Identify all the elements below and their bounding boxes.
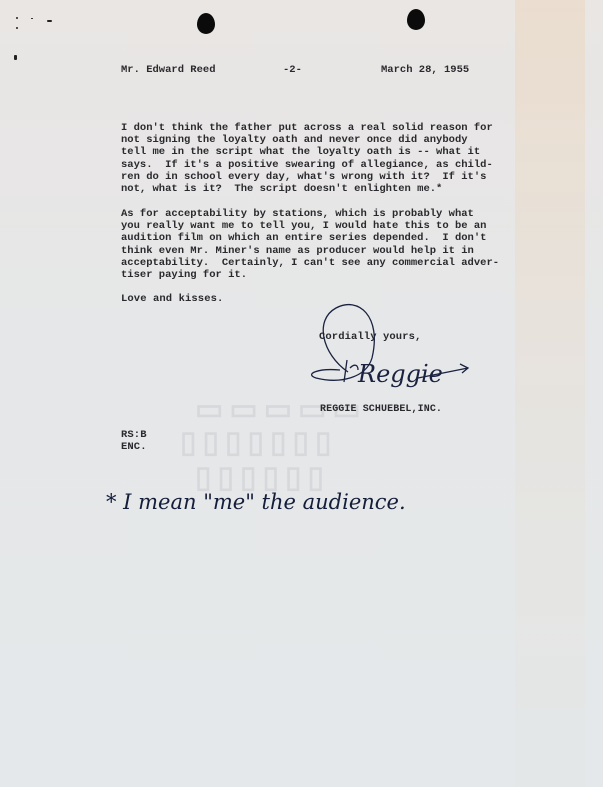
- text-line: I don't think the father put across a re…: [121, 122, 521, 134]
- text-line: tiser paying for it.: [121, 269, 521, 281]
- watermark-bleedthrough: ▯▯▯▯▯▯▯: [180, 425, 338, 460]
- paragraph-2: As for acceptability by stations, which …: [121, 208, 521, 281]
- text-line: tell me in the script what the loyalty o…: [121, 146, 521, 158]
- punch-hole: [407, 9, 425, 30]
- text-line: not signing the loyalty oath and never o…: [121, 134, 521, 146]
- handwritten-footnote: * I mean "me" the audience.: [106, 490, 406, 514]
- paragraph-1: I don't think the father put across a re…: [121, 122, 521, 195]
- page-number: -2-: [283, 64, 302, 76]
- recipient-name: Mr. Edward Reed: [121, 64, 216, 76]
- salutation: Love and kisses.: [121, 293, 223, 305]
- text-line: says. If it's a positive swearing of all…: [121, 159, 521, 171]
- text-line: acceptability. Certainly, I can't see an…: [121, 257, 521, 269]
- punch-hole: [197, 13, 215, 34]
- letter-date: March 28, 1955: [381, 64, 469, 76]
- ink-speck: [47, 20, 52, 22]
- signature-loop-icon: Reggie: [300, 298, 500, 418]
- text-line: think even Mr. Miner's name as producer …: [121, 245, 521, 257]
- ink-speck: [14, 55, 17, 60]
- ink-speck: [16, 27, 18, 29]
- typist-initials: RS:B: [121, 429, 147, 441]
- text-line: ren do in school every day, what's wrong…: [121, 171, 521, 183]
- paper-stain: [515, 0, 585, 787]
- text-line: As for acceptability by stations, which …: [121, 208, 521, 220]
- text-line: you really want me to tell you, I would …: [121, 220, 521, 232]
- signer-name: REGGIE SCHUEBEL,INC.: [320, 404, 442, 416]
- enclosure-notation: ENC.: [121, 441, 147, 453]
- ink-speck: [31, 18, 33, 19]
- text-line: not, what is it? The script doesn't enli…: [121, 183, 521, 195]
- signature: Reggie: [357, 360, 443, 388]
- ink-speck: [16, 17, 18, 19]
- text-line: audition film on which an entire series …: [121, 232, 521, 244]
